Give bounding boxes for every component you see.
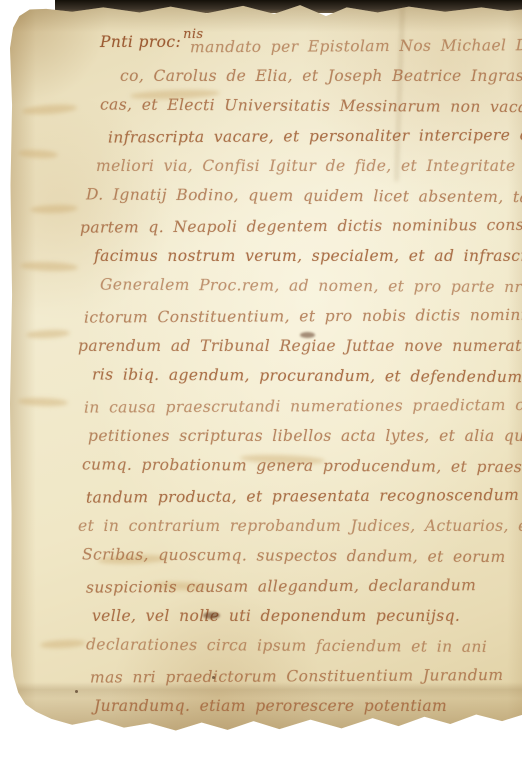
ink-speck	[212, 676, 215, 679]
manuscript-line: tandum producta, et praesentata recognos…	[86, 479, 522, 512]
heading-abbreviation-text: Pnti proc:	[100, 33, 181, 51]
manuscript-line: partem q. Neapoli degentem dictis nomini…	[80, 209, 522, 242]
manuscript-line: cumq. probationum genera producendum, et…	[82, 449, 522, 482]
manuscript-line: mas nri praedictorum Constituentium Jura…	[90, 659, 522, 692]
manuscript-line: mandato per Epistolam Nos Michael De Mar	[190, 30, 522, 63]
manuscript-line: velle, vel nolle uti deponendum pecunijs…	[92, 601, 522, 631]
scanned-manuscript-page: { "document": { "kind": "handwritten man…	[0, 0, 522, 760]
manuscript-line: petitiones scripturas libellos acta lyte…	[88, 421, 522, 451]
manuscript-line: et in contrarium reprobandum Judices, Ac…	[78, 511, 522, 541]
manuscript-line: Scribas, quoscumq. suspectos dandum, et …	[82, 539, 522, 572]
manuscript-line: suspicionis causam allegandum, declarand…	[86, 569, 522, 602]
manuscript-line: parendum ad Tribunal Regiae Juttae nove …	[78, 331, 522, 361]
manuscript-line: Jurandumq. etiam perorescere potentiam	[94, 691, 522, 721]
manuscript-line: facimus nostrum verum, specialem, et ad …	[94, 241, 522, 271]
manuscript-line: in causa praescrutandi numerationes prae…	[84, 389, 522, 422]
manuscript-line: declarationes circa ipsum faciendum et i…	[86, 629, 522, 662]
manuscript-line: infrascripta vacare, et personaliter int…	[108, 119, 522, 152]
manuscript-line: ictorum Constituentium, et pro nobis dic…	[84, 299, 522, 332]
manuscript-line: Generalem Proc.rem, ad nomen, et pro par…	[100, 269, 522, 302]
manuscript-line: ris ibiq. agendum, procurandum, et defen…	[92, 359, 522, 392]
manuscript-line: meliori via, Confisi Igitur de fide, et …	[96, 151, 522, 181]
manuscript-line: D. Ignatij Bodino, quem quidem licet abs…	[86, 179, 522, 212]
ink-speck	[75, 690, 78, 693]
superscript-annotation: nis	[183, 27, 203, 42]
heading-abbreviation: Pnti proc:nis	[100, 33, 204, 51]
manuscript-text: mandato per Epistolam Nos Michael De Mar…	[0, 31, 522, 721]
manuscript-line: co, Carolus de Elia, et Joseph Beatrice …	[120, 61, 522, 91]
manuscript-line: cas, et Electi Universitatis Messinarum …	[100, 89, 522, 122]
